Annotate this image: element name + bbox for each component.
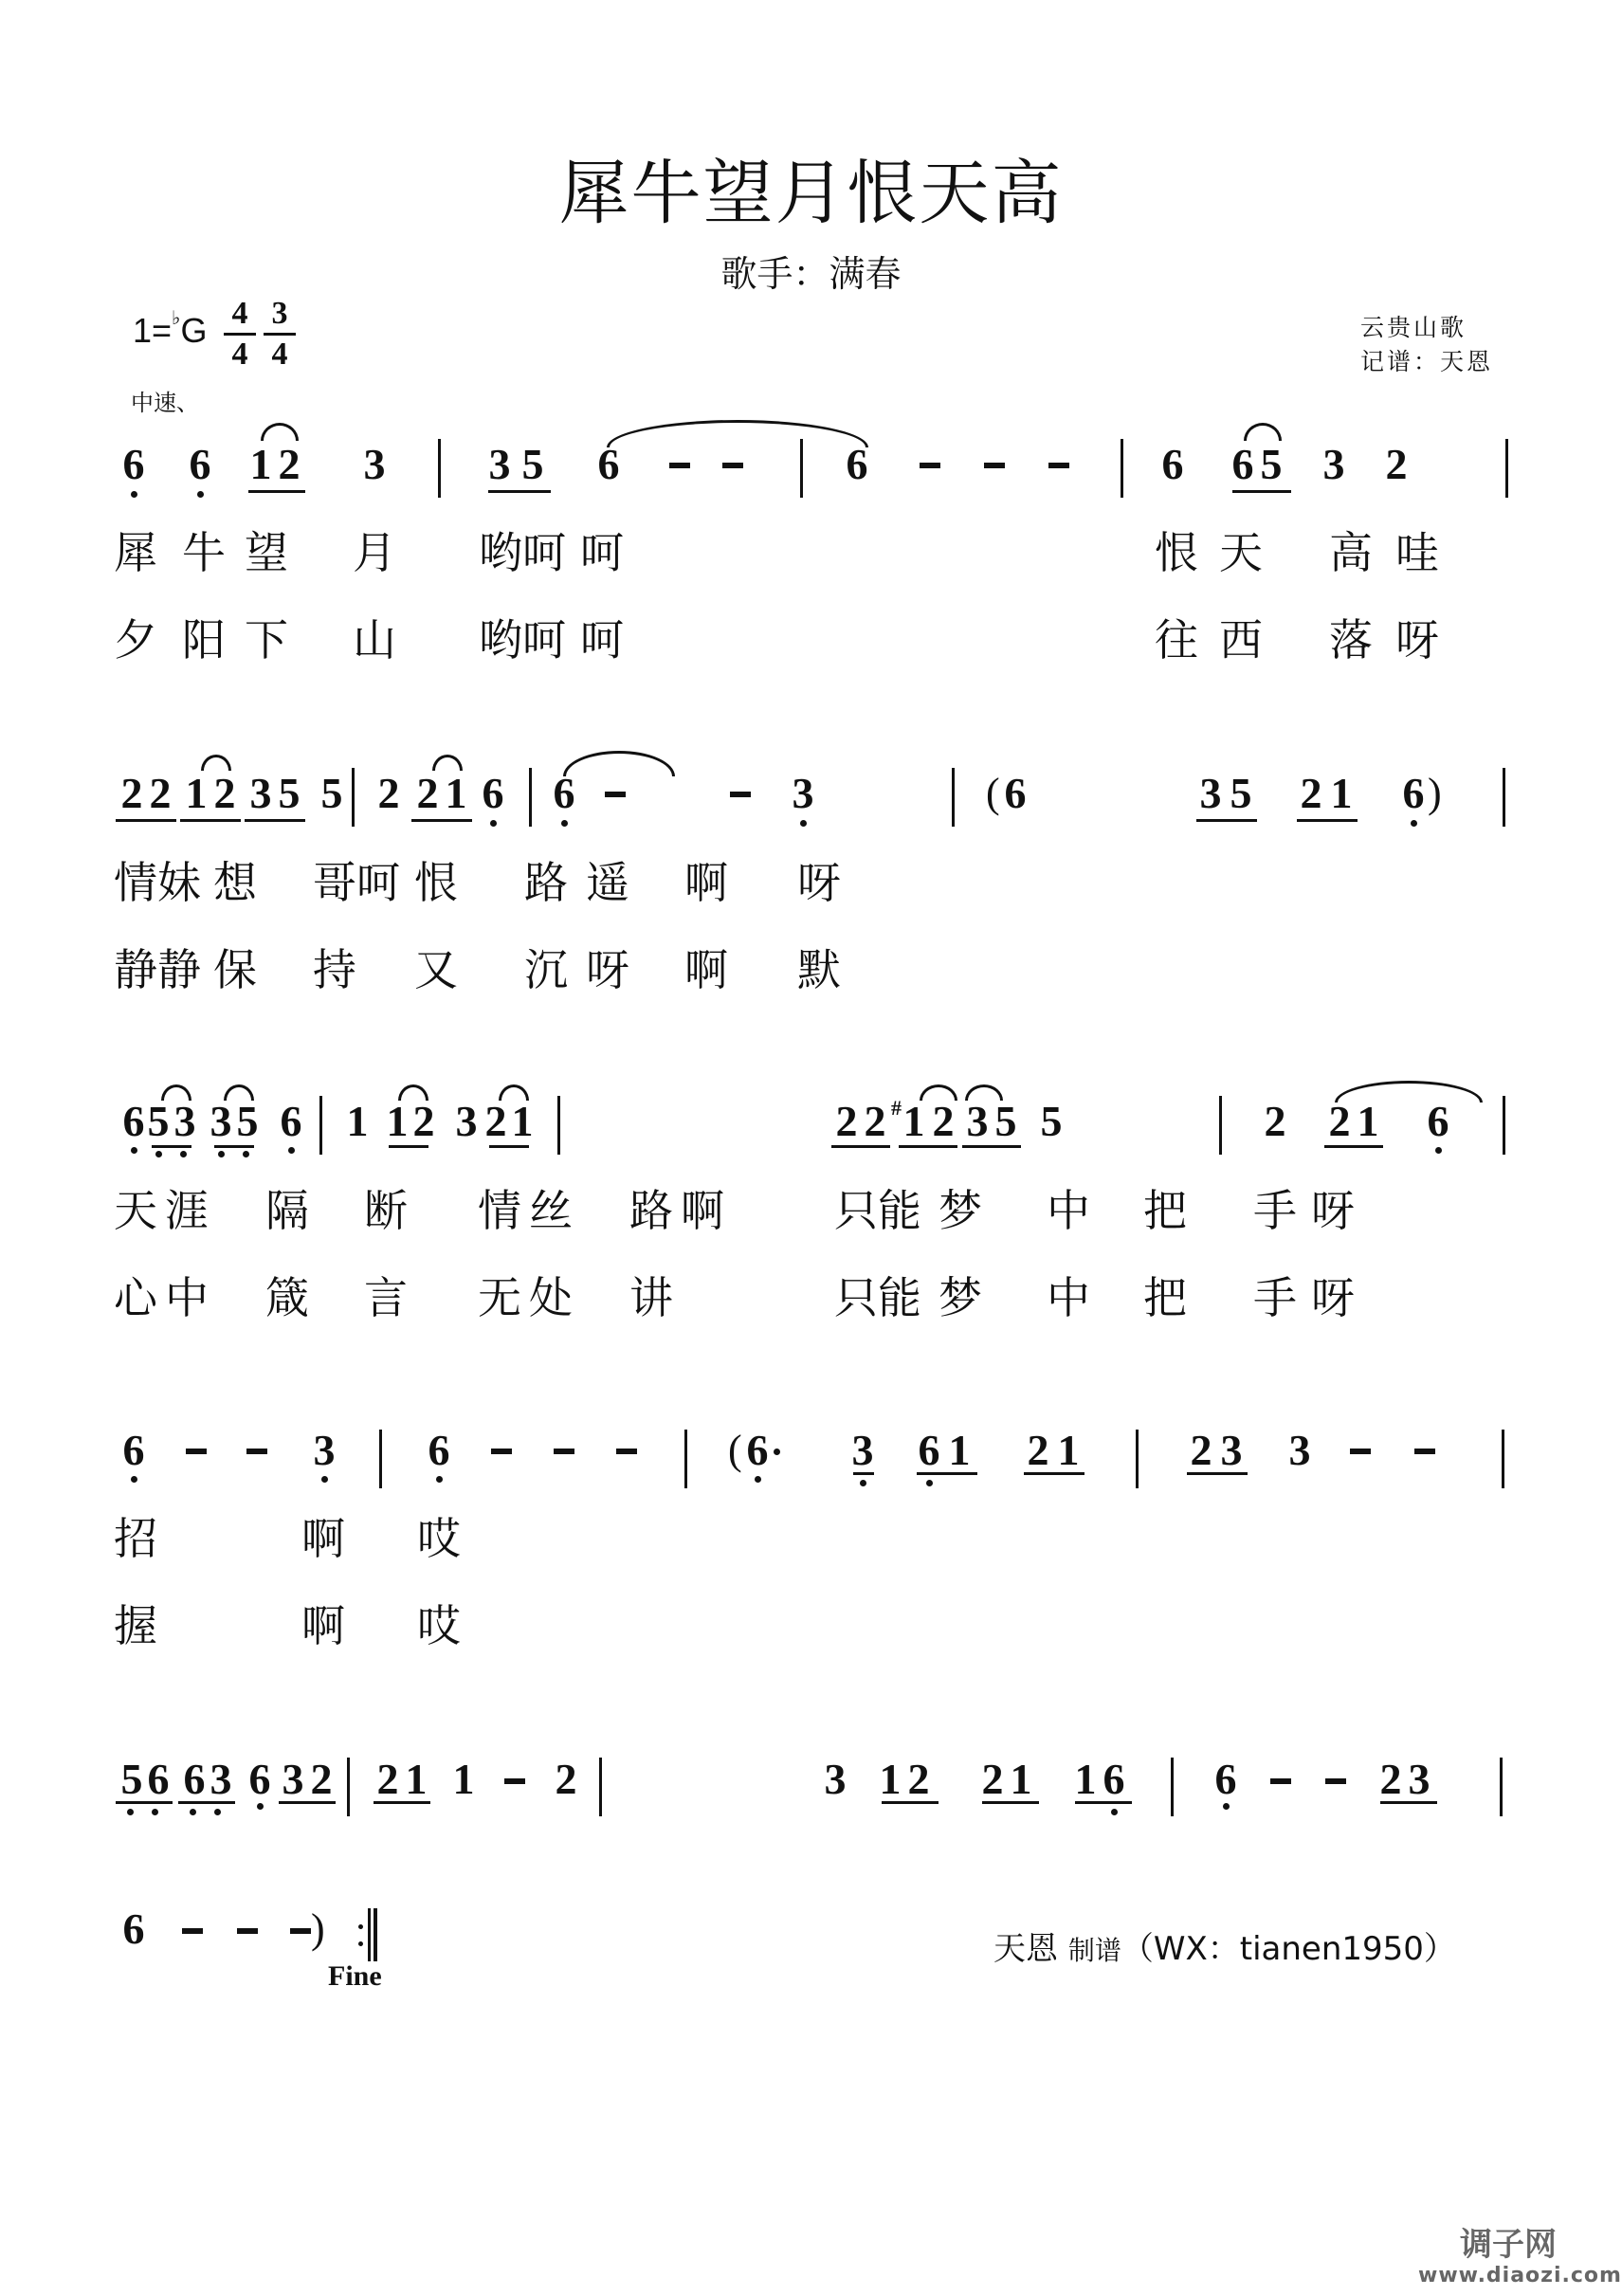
note: 3 bbox=[961, 1098, 993, 1145]
lyric: 啊 bbox=[301, 1515, 345, 1562]
low-octave-dot bbox=[152, 1809, 158, 1815]
eighth-underline bbox=[489, 1145, 529, 1148]
lyric: 遥 bbox=[586, 859, 629, 906]
lyric: 言 bbox=[364, 1274, 408, 1321]
bar-line bbox=[352, 768, 355, 827]
low-octave-dot bbox=[288, 1147, 295, 1154]
lyric: 把 bbox=[1143, 1274, 1187, 1321]
lyric: 啊 bbox=[301, 1602, 345, 1649]
note: 1 bbox=[1005, 1756, 1037, 1803]
note: 2 bbox=[1022, 1427, 1054, 1474]
note: 6 bbox=[423, 1427, 455, 1474]
time-signature-3-4: 3 4 bbox=[264, 296, 296, 373]
note: 2 bbox=[830, 1098, 863, 1145]
dash bbox=[1048, 463, 1069, 468]
note: 2 bbox=[1375, 1756, 1407, 1803]
lyric: 犀 bbox=[114, 529, 157, 576]
lyric: 啊 bbox=[681, 1187, 724, 1234]
note: 2 bbox=[1380, 441, 1412, 488]
lyric: 静静 bbox=[114, 946, 201, 993]
note: 2 bbox=[373, 770, 405, 817]
low-octave-dot bbox=[1435, 1147, 1442, 1154]
dash bbox=[491, 1449, 512, 1454]
lyric: 天 bbox=[114, 1187, 157, 1234]
low-octave-dot bbox=[190, 1809, 196, 1815]
note: 6 bbox=[118, 1427, 150, 1474]
bar-line bbox=[1502, 1430, 1504, 1488]
note: 3 bbox=[169, 1098, 201, 1145]
repeat-thick-line bbox=[374, 1908, 377, 1961]
note: 5 bbox=[316, 770, 348, 817]
lyric: 想 bbox=[213, 859, 257, 906]
tie bbox=[607, 420, 868, 447]
bar-line bbox=[1121, 439, 1123, 498]
note: 6 bbox=[548, 770, 580, 817]
note: 1 bbox=[180, 770, 212, 817]
lyric: 手 bbox=[1253, 1274, 1297, 1321]
eighth-underline bbox=[116, 819, 176, 822]
note: 3 bbox=[205, 1756, 237, 1803]
lyric: 默 bbox=[797, 946, 841, 993]
eighth-underline bbox=[248, 490, 305, 493]
eighth-underline bbox=[1324, 1145, 1383, 1148]
note: 1 bbox=[898, 1098, 930, 1145]
lyric: 落 bbox=[1329, 616, 1373, 664]
lyric: 月 bbox=[353, 529, 396, 576]
low-octave-dot bbox=[214, 1809, 221, 1815]
bar-line bbox=[529, 768, 532, 827]
note: 3 bbox=[308, 1427, 340, 1474]
low-octave-dot bbox=[490, 820, 497, 827]
lyric: 隔 bbox=[265, 1187, 309, 1234]
dash bbox=[722, 463, 743, 468]
lyric: 路 bbox=[524, 859, 568, 906]
note: 2 bbox=[305, 1756, 337, 1803]
note: 6 bbox=[1397, 770, 1430, 817]
note: 3 bbox=[787, 770, 819, 817]
note: 2 bbox=[372, 1756, 404, 1803]
note: 3 bbox=[819, 1756, 851, 1803]
eighth-underline bbox=[982, 1801, 1039, 1804]
lyric: 夕 bbox=[114, 616, 157, 664]
note: 1 bbox=[874, 1756, 906, 1803]
note: 1 bbox=[1325, 770, 1358, 817]
lyric: 阳 bbox=[182, 616, 226, 664]
note: 3 bbox=[847, 1427, 879, 1474]
bar-line bbox=[1503, 1096, 1505, 1155]
low-octave-dot bbox=[127, 1809, 134, 1815]
lyric: 西 bbox=[1219, 616, 1263, 664]
eighth-underline bbox=[1196, 819, 1257, 822]
lyric: 哎 bbox=[417, 1602, 461, 1649]
open-paren: ( bbox=[728, 1427, 742, 1474]
low-octave-dot bbox=[218, 1151, 225, 1157]
slur bbox=[1244, 423, 1282, 441]
dash bbox=[186, 1449, 207, 1454]
note: 2 bbox=[116, 770, 148, 817]
lyric: 恨 bbox=[1155, 529, 1198, 576]
low-octave-dot bbox=[561, 820, 568, 827]
lyric: 断 bbox=[364, 1187, 408, 1234]
lyric: 讲 bbox=[629, 1274, 673, 1321]
lyric: 梦 bbox=[939, 1187, 982, 1234]
watermark-url: www.diaozi.com bbox=[1418, 2264, 1622, 2287]
note: 5 bbox=[1255, 441, 1287, 488]
low-octave-dot bbox=[131, 1476, 137, 1483]
eighth-underline bbox=[214, 1145, 254, 1148]
origin-label: 云贵山歌 bbox=[1360, 311, 1493, 345]
dash bbox=[246, 1449, 267, 1454]
lyric: 天 bbox=[1219, 529, 1263, 576]
lyric: 只能 bbox=[834, 1187, 921, 1234]
note: 1 bbox=[245, 441, 277, 488]
lyric: 哇 bbox=[1395, 529, 1439, 576]
bar-line bbox=[1171, 1758, 1174, 1816]
note: 2 bbox=[550, 1756, 582, 1803]
note: 1 bbox=[440, 770, 472, 817]
note: 3 bbox=[1194, 770, 1227, 817]
eighth-underline bbox=[1075, 1801, 1132, 1804]
eighth-underline bbox=[962, 1145, 1021, 1148]
dash bbox=[920, 463, 940, 468]
note: 1 bbox=[1352, 1098, 1384, 1145]
eighth-underline bbox=[1187, 1472, 1248, 1475]
song-title: 犀牛望月恨天高 bbox=[0, 137, 1622, 238]
eighth-underline bbox=[411, 819, 472, 822]
low-octave-dot bbox=[197, 491, 204, 498]
eighth-underline bbox=[178, 1801, 235, 1804]
eighth-underline bbox=[245, 819, 305, 822]
ts-line bbox=[264, 333, 296, 336]
low-octave-dot bbox=[860, 1480, 866, 1486]
lyric: 梦 bbox=[939, 1274, 982, 1321]
lyric: 涯 bbox=[165, 1187, 209, 1234]
lyric: 处 bbox=[529, 1274, 573, 1321]
lyric: 持 bbox=[313, 946, 356, 993]
lyric: 中 bbox=[1047, 1274, 1090, 1321]
lyric: 呀 bbox=[1311, 1274, 1355, 1321]
watermark-logo: 调子网 bbox=[1460, 2218, 1557, 2265]
eighth-underline bbox=[152, 1145, 191, 1148]
low-octave-dot bbox=[926, 1480, 933, 1486]
note: 2 bbox=[859, 1098, 891, 1145]
low-octave-dot bbox=[800, 820, 807, 827]
eighth-underline bbox=[374, 1801, 430, 1804]
lyric: 呀 bbox=[1395, 616, 1439, 664]
note: 3 bbox=[1403, 1756, 1435, 1803]
lyric: 箴 bbox=[265, 1274, 309, 1321]
lyric: 哟呵 bbox=[479, 616, 566, 664]
flat-icon: ♭ bbox=[172, 308, 180, 329]
dash bbox=[605, 792, 626, 797]
note: 1 bbox=[1052, 1427, 1084, 1474]
lyric: 握 bbox=[114, 1602, 157, 1649]
eighth-underline bbox=[1024, 1472, 1084, 1475]
origin-info: 云贵山歌 记谱：天恩 bbox=[1360, 311, 1493, 379]
key-prefix: 1= bbox=[133, 311, 172, 350]
note: 3 bbox=[358, 441, 391, 488]
low-octave-dot bbox=[155, 1151, 162, 1157]
note: 5 bbox=[1035, 1098, 1067, 1145]
lyric: 把 bbox=[1143, 1187, 1187, 1234]
lyric: 中 bbox=[165, 1274, 209, 1321]
ts-numerator: 4 bbox=[224, 296, 256, 332]
lyric: 路 bbox=[629, 1187, 673, 1234]
low-octave-dot bbox=[180, 1151, 187, 1157]
note: 1 bbox=[1069, 1756, 1102, 1803]
lyric: 望 bbox=[245, 529, 288, 576]
ts-numerator: 3 bbox=[264, 296, 296, 332]
note: 1 bbox=[400, 1756, 432, 1803]
close-paren: ) bbox=[311, 1905, 325, 1953]
sixteenth-underline bbox=[853, 1472, 874, 1475]
low-octave-dot bbox=[243, 1151, 249, 1157]
dash bbox=[1414, 1449, 1435, 1454]
note: 6 bbox=[841, 441, 873, 488]
ts-line bbox=[224, 333, 256, 336]
note: 5 bbox=[273, 770, 305, 817]
dash bbox=[1350, 1449, 1371, 1454]
note: 6 bbox=[184, 441, 216, 488]
bar-line bbox=[347, 1758, 350, 1816]
augmentation-dot bbox=[774, 1449, 780, 1455]
note: 5 bbox=[517, 441, 549, 488]
note: 6 bbox=[275, 1098, 307, 1145]
note: 2 bbox=[1259, 1098, 1291, 1145]
lyric: 无 bbox=[478, 1274, 521, 1321]
note: 2 bbox=[144, 770, 176, 817]
bar-line bbox=[684, 1430, 687, 1488]
lyric: 哟呵 bbox=[479, 529, 566, 576]
lyric: 哥呵 bbox=[313, 859, 400, 906]
note: 6 bbox=[142, 1756, 174, 1803]
low-octave-dot bbox=[131, 491, 137, 498]
note: 2 bbox=[1323, 1098, 1356, 1145]
note: 2 bbox=[902, 1756, 935, 1803]
lyric: 啊 bbox=[684, 859, 728, 906]
lyric: 保 bbox=[213, 946, 257, 993]
low-octave-dot bbox=[755, 1476, 761, 1483]
note: 2 bbox=[1295, 770, 1327, 817]
lyric: 呵 bbox=[580, 616, 624, 664]
note: 3 bbox=[1215, 1427, 1248, 1474]
bar-line bbox=[952, 768, 955, 827]
bar-line bbox=[599, 1758, 602, 1816]
lyric: 手 bbox=[1253, 1187, 1297, 1234]
note: 5 bbox=[1225, 770, 1257, 817]
note: 6 bbox=[1422, 1098, 1454, 1145]
lyric: 恨 bbox=[414, 859, 458, 906]
dash bbox=[182, 1928, 203, 1934]
note: 6 bbox=[1227, 441, 1259, 488]
low-octave-dot bbox=[1111, 1809, 1118, 1815]
repeat-thin-line bbox=[368, 1908, 371, 1961]
low-octave-dot bbox=[257, 1803, 264, 1810]
eighth-underline bbox=[1380, 1801, 1437, 1804]
lyric: 山 bbox=[353, 616, 396, 664]
repeat-dot bbox=[358, 1941, 363, 1946]
low-octave-dot bbox=[1223, 1803, 1230, 1810]
credit-role: 制谱 bbox=[1068, 1935, 1121, 1966]
lyric: 啊 bbox=[684, 946, 728, 993]
bar-line bbox=[1219, 1096, 1222, 1155]
lyric: 呵 bbox=[580, 529, 624, 576]
note: 1 bbox=[341, 1098, 374, 1145]
lyric: 呀 bbox=[1311, 1187, 1355, 1234]
eighth-underline bbox=[899, 1145, 957, 1148]
eighth-underline bbox=[917, 1472, 977, 1475]
eighth-underline bbox=[279, 1801, 336, 1804]
dash bbox=[730, 792, 751, 797]
time-signature-4-4: 4 4 bbox=[224, 296, 256, 373]
lyric: 往 bbox=[1155, 616, 1198, 664]
note: 3 bbox=[277, 1756, 309, 1803]
dash bbox=[1270, 1778, 1291, 1784]
eighth-underline bbox=[389, 1145, 428, 1148]
note: 6 bbox=[118, 1905, 150, 1953]
low-octave-dot bbox=[131, 1147, 137, 1154]
ts-denominator: 4 bbox=[264, 337, 296, 373]
dash bbox=[504, 1778, 525, 1784]
note: 6 bbox=[592, 441, 625, 488]
note: 6 bbox=[118, 441, 150, 488]
open-paren: ( bbox=[986, 770, 1000, 817]
lyric: 中 bbox=[1047, 1187, 1090, 1234]
note: 2 bbox=[1185, 1427, 1217, 1474]
bar-line bbox=[800, 439, 803, 498]
eighth-underline bbox=[180, 819, 241, 822]
eighth-underline bbox=[488, 490, 551, 493]
lyric: 高 bbox=[1329, 529, 1373, 576]
singer-label: 歌手：满春 bbox=[0, 245, 1622, 297]
slur bbox=[261, 423, 299, 441]
note: 6 bbox=[244, 1756, 276, 1803]
eighth-underline bbox=[1232, 490, 1291, 493]
dash bbox=[669, 463, 690, 468]
dash bbox=[554, 1449, 574, 1454]
note: 1 bbox=[943, 1427, 975, 1474]
note: 3 bbox=[483, 441, 516, 488]
dash bbox=[290, 1928, 311, 1934]
close-paren: ) bbox=[1428, 770, 1442, 817]
note: 2 bbox=[209, 770, 241, 817]
repeat-dot bbox=[358, 1924, 363, 1929]
lyric: 呀 bbox=[797, 859, 841, 906]
bar-line bbox=[1503, 768, 1505, 827]
tempo-marking: 中速、 bbox=[131, 384, 199, 417]
low-octave-dot bbox=[1411, 820, 1417, 827]
bar-line bbox=[379, 1430, 382, 1488]
dash bbox=[984, 463, 1005, 468]
eighth-underline bbox=[882, 1801, 939, 1804]
note: 6 bbox=[913, 1427, 945, 1474]
lyric: 招 bbox=[114, 1515, 157, 1562]
dash bbox=[1325, 1778, 1346, 1784]
bar-line bbox=[319, 1096, 322, 1155]
eighth-underline bbox=[1297, 819, 1358, 822]
note: 6 bbox=[1098, 1756, 1130, 1803]
lyric: 心 bbox=[114, 1274, 157, 1321]
lyric: 沉 bbox=[524, 946, 568, 993]
note: 6 bbox=[999, 770, 1031, 817]
note: 2 bbox=[927, 1098, 959, 1145]
note: 3 bbox=[1284, 1427, 1316, 1474]
note: 3 bbox=[450, 1098, 483, 1145]
bar-line bbox=[1136, 1430, 1139, 1488]
note: 1 bbox=[506, 1098, 538, 1145]
lyric: 哎 bbox=[417, 1515, 461, 1562]
note: 2 bbox=[976, 1756, 1009, 1803]
note: 6 bbox=[1157, 441, 1189, 488]
lyric: 牛 bbox=[182, 529, 226, 576]
key-signature: 1=♭G bbox=[133, 311, 208, 351]
note: 2 bbox=[273, 441, 305, 488]
note: 5 bbox=[231, 1098, 264, 1145]
note: 6 bbox=[741, 1427, 774, 1474]
note: 2 bbox=[408, 1098, 440, 1145]
note: 1 bbox=[447, 1756, 480, 1803]
note: 6 bbox=[1210, 1756, 1242, 1803]
note: 3 bbox=[1318, 441, 1350, 488]
note: 2 bbox=[411, 770, 444, 817]
eighth-underline bbox=[116, 1801, 173, 1804]
note: 5 bbox=[990, 1098, 1022, 1145]
lyric: 情 bbox=[478, 1187, 521, 1234]
credit-name: 天恩 bbox=[993, 1930, 1058, 1968]
transcriber-label: 记谱：天恩 bbox=[1360, 345, 1493, 379]
lyric: 情妹 bbox=[114, 859, 201, 906]
dash bbox=[616, 1449, 637, 1454]
eighth-underline bbox=[831, 1145, 890, 1148]
credit-contact: （WX：tianen1950） bbox=[1121, 1930, 1456, 1968]
bar-line bbox=[557, 1096, 560, 1155]
bar-line bbox=[1500, 1758, 1503, 1816]
lyric: 呀 bbox=[586, 946, 629, 993]
credit-line: 天恩 制谱（WX：tianen1950） bbox=[993, 1922, 1456, 1969]
fine-marking: Fine bbox=[328, 1960, 382, 1993]
dash bbox=[237, 1928, 258, 1934]
bar-line bbox=[438, 439, 441, 498]
note: 6 bbox=[477, 770, 509, 817]
low-octave-dot bbox=[321, 1476, 328, 1483]
note: 3 bbox=[245, 770, 277, 817]
bar-line bbox=[1505, 439, 1508, 498]
low-octave-dot bbox=[436, 1476, 443, 1483]
lyric: 下 bbox=[245, 616, 288, 664]
lyric: 又 bbox=[414, 946, 458, 993]
ts-denominator: 4 bbox=[224, 337, 256, 373]
lyric: 只能 bbox=[834, 1274, 921, 1321]
lyric: 丝 bbox=[529, 1187, 573, 1234]
key-tonic: G bbox=[180, 311, 207, 350]
